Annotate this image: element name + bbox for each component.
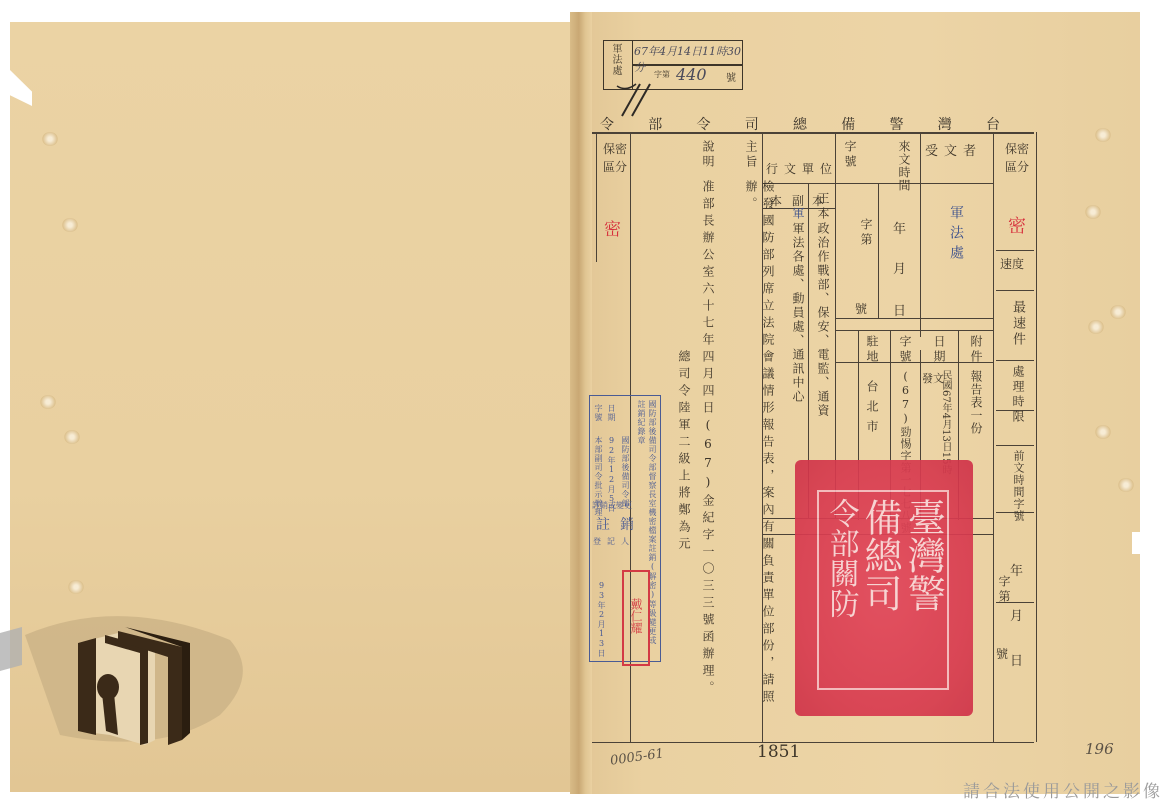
form-divider: [596, 132, 597, 262]
binding-hole: [1095, 128, 1111, 142]
date-label: 日期: [931, 335, 948, 365]
speed-label: 速度: [1000, 255, 1024, 272]
previous-doc-month: 月: [1010, 605, 1023, 624]
cancel-date-label: 日期: [606, 404, 617, 422]
form-divider: [996, 445, 1034, 446]
letterhead-char: 總: [793, 114, 807, 134]
copy-handwritten-mark: 軍: [790, 207, 807, 222]
deadline-label: 處理時限: [1010, 365, 1027, 425]
seal-column: 備總司: [861, 498, 899, 684]
form-divider: [996, 290, 1034, 291]
letterhead-char: 令: [697, 114, 711, 134]
binding-hole: [1118, 478, 1134, 492]
form-divider: [996, 360, 1034, 361]
location-value: 台北市: [864, 380, 881, 440]
form-divider: [996, 250, 1034, 251]
security-label-right: 保密區分: [1000, 140, 1034, 176]
form-divider: [878, 183, 879, 318]
incoming-year: 年: [893, 218, 906, 237]
binding-hole: [62, 218, 78, 232]
letterhead-char: 台: [986, 114, 1000, 134]
attachment-value: 報告表一份: [968, 370, 985, 435]
copy-recipients: 軍法各處、動員處、通訊中心: [790, 222, 807, 404]
security-label-left: 保密區分: [600, 140, 630, 176]
recorder-seal-name: 戴仁耀: [628, 598, 645, 634]
receipt-receiver-label: 軍法處: [608, 43, 623, 76]
folio-number: 196: [1085, 740, 1114, 758]
book-keyhole-icon: [0, 605, 250, 765]
seal-column: 令部關防: [826, 498, 856, 684]
cancel-section-title: 註銷或變更: [592, 500, 632, 511]
previous-doc-label: 前文時間字號: [1010, 450, 1026, 522]
form-bottom-rule: [592, 742, 1034, 743]
recipient-value: 軍法處: [946, 205, 966, 265]
binding-hole: [1088, 320, 1104, 334]
attachment-label: 附件: [968, 335, 985, 365]
cancel-action-value: 註銷: [596, 514, 644, 534]
recorder-personal-seal: 戴仁耀: [622, 570, 650, 666]
incoming-number-prefix: 字第: [858, 218, 875, 248]
usage-watermark: 請合法使用公開之影像: [963, 777, 1163, 802]
binding-hole: [1085, 205, 1101, 219]
incoming-number-label: 字號: [842, 140, 859, 170]
form-divider: [835, 330, 993, 331]
cancel-agency-value: 國防部後備司令部: [620, 436, 631, 508]
letterhead-char: 司: [745, 114, 759, 134]
previous-doc-day: 日: [1010, 650, 1023, 669]
signature: 總司令陸軍二級上將鄭為元: [676, 350, 693, 554]
cancel-recorder-date: 93年2月13日: [596, 581, 607, 658]
incoming-month: 月: [893, 258, 906, 277]
issue-label: 發文: [922, 370, 944, 386]
paper-tear: [1132, 532, 1146, 554]
letterhead-char: 部: [648, 114, 662, 134]
binding-hole: [1110, 305, 1126, 319]
form-divider: [920, 132, 921, 337]
official-seal: 臺灣警 備總司 令部關防: [795, 460, 973, 716]
location-label: 駐地: [864, 335, 881, 365]
recipient-label: 受文者: [925, 140, 982, 159]
distribution-header: 行文單位: [766, 160, 838, 177]
incoming-number-suffix: 號: [855, 300, 867, 317]
form-divider: [762, 183, 993, 184]
primary-recipients: 政治作戰部、保安、電監、通資: [815, 222, 832, 418]
binding-hole: [68, 580, 84, 594]
letterhead-char: 備: [841, 114, 855, 134]
binding-hole: [64, 430, 80, 444]
handwritten-check-mark-icon: [612, 78, 662, 118]
previous-doc-number-suffix: 號: [996, 645, 1008, 662]
form-divider: [835, 318, 993, 319]
incoming-day: 日: [893, 300, 906, 319]
letterhead-char: 灣: [938, 114, 952, 134]
receipt-number: 440: [676, 65, 707, 84]
explanation-text: 准部長辦公室六十七年四月四日(67)金紀字一〇三三號函辦理。: [700, 180, 717, 730]
explanation-label: 說明: [700, 140, 717, 170]
dispatch-number-label: 字號: [897, 335, 914, 365]
form-top-rule: [592, 132, 1034, 134]
receipt-number-suffix: 號: [726, 69, 736, 84]
binding-hole: [42, 132, 58, 146]
cancel-recorder-label: 登記人: [593, 536, 635, 547]
subject-text: 檢發國防部列席立法院會議情形報告表，案內有關負責單位部份，請照辦。: [743, 180, 777, 730]
form-divider: [1036, 132, 1037, 742]
subject-label: 主旨: [743, 140, 760, 170]
binding-hole: [1095, 425, 1111, 439]
letterhead-char: 警: [890, 114, 904, 134]
letterhead-title: 台 灣 警 備 總 司 令 部 令: [600, 114, 1000, 134]
seal-column: 臺灣警: [904, 498, 942, 684]
form-divider: [993, 132, 994, 742]
incoming-time-label: 來文時間: [896, 140, 913, 192]
security-value-right: 密: [1008, 212, 1026, 238]
letterhead-char: 令: [600, 114, 614, 134]
cancel-number-label: 字號: [593, 404, 604, 422]
security-value-left: 密: [604, 215, 621, 240]
page-number: 1851: [757, 742, 800, 762]
previous-doc-number-label: 字第: [996, 575, 1013, 605]
speed-value: 最速件: [1008, 300, 1027, 348]
binding-hole: [40, 395, 56, 409]
